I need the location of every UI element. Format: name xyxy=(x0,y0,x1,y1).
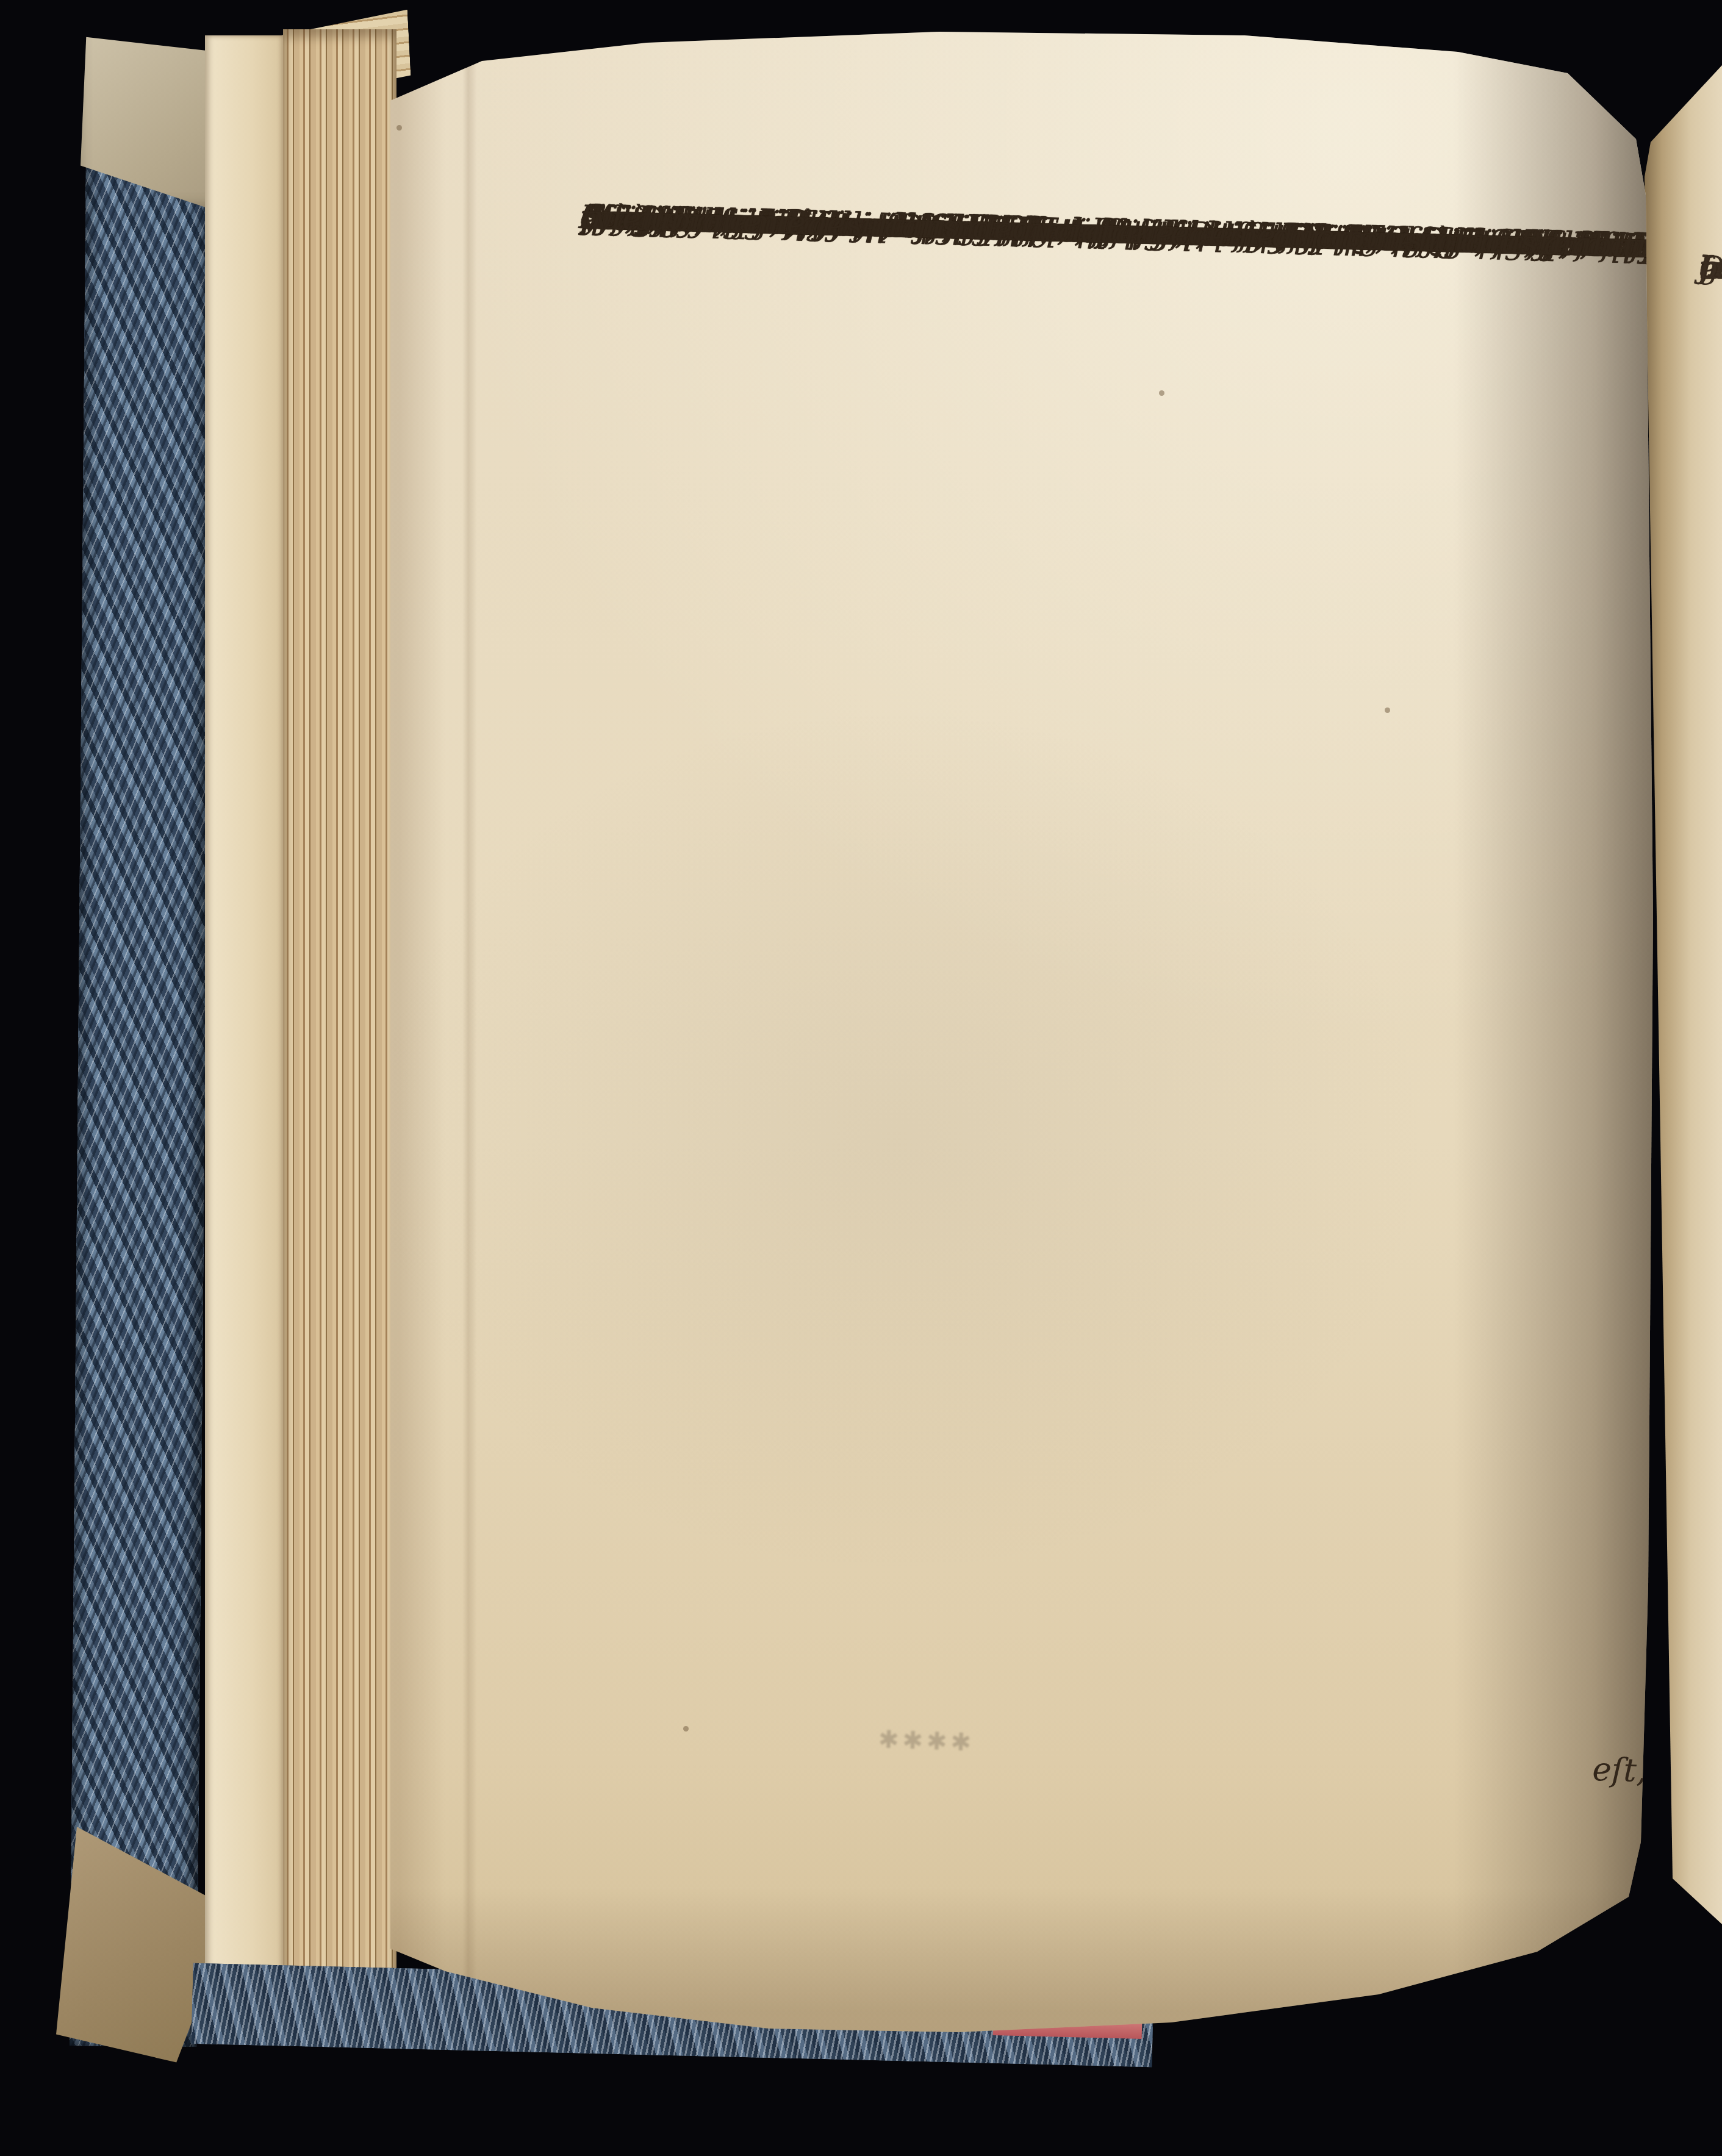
foxing-spot xyxy=(396,125,402,131)
book-cover-marbled-strip xyxy=(70,100,213,2047)
page-edge-stack xyxy=(283,29,396,2025)
facing-page-edge: ecprOrubtehcnagoarſtnccJtluſof xyxy=(1641,58,1722,1955)
foxing-spot xyxy=(1385,707,1390,713)
foxing-spot xyxy=(1159,390,1164,396)
book-page: eſt, ÿdem diſcernunt, pœnas præmiaque co… xyxy=(390,0,1656,2074)
book-photo: eſt, ÿdem diſcernunt, pœnas præmiaque co… xyxy=(0,0,1722,2156)
edge-text-fragment: f xyxy=(1699,245,1711,292)
endpaper-leaf-edge xyxy=(205,35,283,2025)
